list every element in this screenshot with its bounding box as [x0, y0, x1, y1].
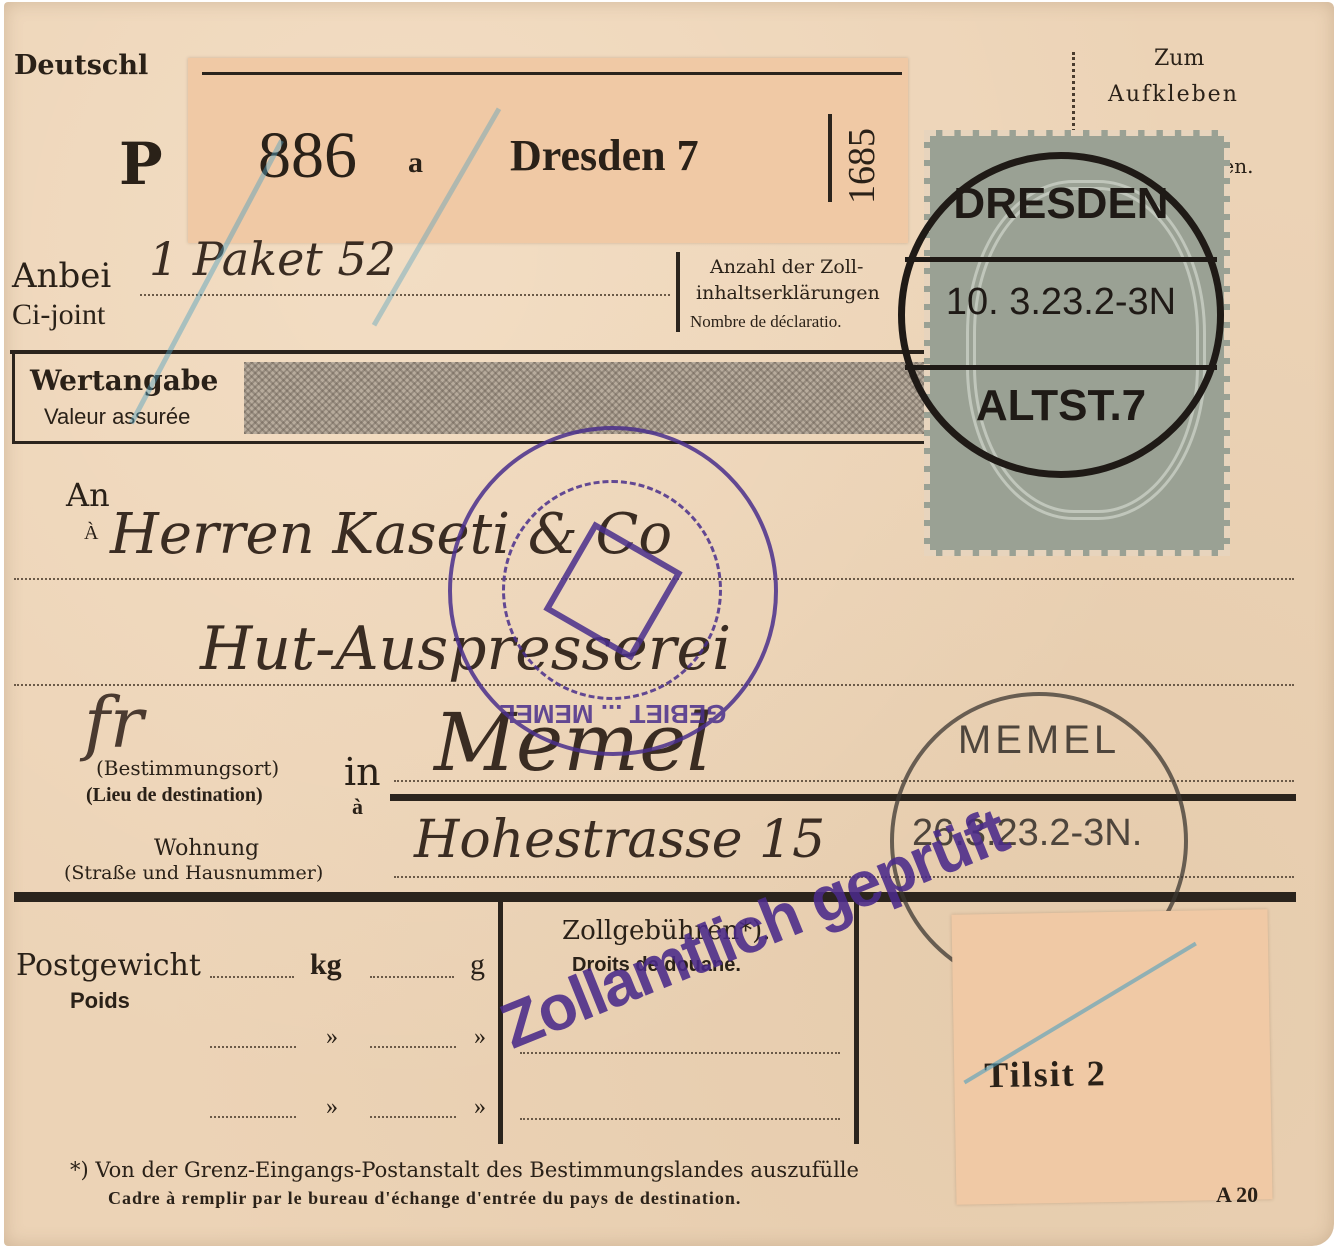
origin-office: Dresden 7	[510, 130, 699, 181]
in-label: in	[344, 750, 381, 794]
postmark-dresden-bottom: ALTST.7	[905, 381, 1217, 431]
transit-label: Tilsit 2	[951, 909, 1272, 1204]
enclosure-label-fr: Ci-joint	[12, 298, 105, 332]
declaration-label-1: Anzahl der Zoll-	[710, 256, 863, 278]
postmark-bar-bottom	[905, 365, 1217, 370]
serial-divider	[828, 114, 832, 202]
postmark-bar-top	[905, 257, 1217, 262]
postmark-dresden: DRESDEN 10. 3.23.2-3N ALTST.7	[898, 152, 1224, 478]
weight-g-field-2	[370, 1046, 456, 1048]
weight-label-de: Postgewicht	[16, 948, 201, 983]
enclosure-handwritten: 1 Paket 52	[149, 232, 396, 286]
footnote-fr: Cadre à remplir par le bureau d'échange …	[108, 1188, 741, 1209]
recipient-label-de: An	[66, 476, 110, 514]
enclosure-line	[140, 294, 670, 296]
declaration-label-fr: Nombre de déclaratio.	[690, 312, 842, 332]
handwritten-mark: fr	[84, 682, 143, 764]
weight-unit-kg: kg	[310, 948, 342, 982]
enclosure-label-de: Anbei	[12, 256, 111, 296]
postmark-memel-top: MEMEL	[894, 718, 1184, 763]
postmark-dresden-top: DRESDEN	[905, 179, 1217, 229]
form-code: A 20	[1216, 1182, 1258, 1208]
street-address: Hohestrasse 15	[414, 810, 825, 870]
declared-value-label-de: Wertangabe	[30, 364, 218, 397]
weight-label-fr: Poids	[70, 988, 130, 1014]
residence-label-de: Wohnung	[154, 836, 259, 861]
parcel-card: Deutschl P Zum Aufkleben len. 886 a Dres…	[4, 2, 1334, 1246]
customs-seal: GEBIET ... MEMEL	[448, 426, 778, 756]
declaration-label-2: inhaltserklärungen	[696, 282, 880, 304]
stick-hint-1: Zum	[1154, 46, 1204, 71]
ditto-mark: »	[474, 1094, 486, 1121]
weight-kg-field-3	[210, 1116, 296, 1118]
seal-text: GEBIET ... MEMEL	[452, 698, 774, 729]
footnote-de: *) Von der Grenz-Eingangs-Postanstalt de…	[70, 1158, 859, 1182]
declaration-divider	[676, 252, 680, 332]
stick-hint-2: Aufkleben	[1108, 82, 1239, 107]
customs-fee-field-2	[520, 1118, 840, 1120]
ditto-mark: »	[326, 1094, 338, 1121]
destination-label-fr: (Lieu de destination)	[86, 784, 263, 807]
value-guilloche-pattern	[244, 362, 924, 434]
weight-g-field-3	[370, 1116, 456, 1118]
customs-fee-field-1	[520, 1052, 840, 1054]
header-country: Deutschl	[14, 50, 148, 81]
weight-unit-g: g	[470, 948, 485, 982]
label-top-rule	[202, 72, 902, 75]
ditto-mark: »	[326, 1024, 338, 1051]
weight-kg-field	[210, 976, 294, 978]
serial-number: 1685	[840, 128, 884, 204]
stamp-area-divider	[1072, 52, 1075, 132]
fees-label-divider	[854, 902, 859, 1144]
header-title: P	[119, 130, 163, 198]
declared-value-label-fr: Valeur assurée	[44, 404, 190, 430]
postmark-dresden-date: 10. 3.23.2-3N	[905, 281, 1217, 324]
parcel-number-suffix: a	[408, 146, 423, 180]
destination-label-de: (Bestimmungsort)	[96, 756, 279, 780]
residence-label-sub: (Straße und Hausnummer)	[64, 862, 323, 884]
a-label: à	[352, 794, 363, 820]
ditto-mark: »	[474, 1024, 486, 1051]
routing-label: 886 a Dresden 7 1685	[188, 58, 908, 243]
weight-kg-field-2	[210, 1046, 296, 1048]
weight-g-field	[370, 976, 454, 978]
recipient-label-fr: À	[84, 522, 98, 545]
